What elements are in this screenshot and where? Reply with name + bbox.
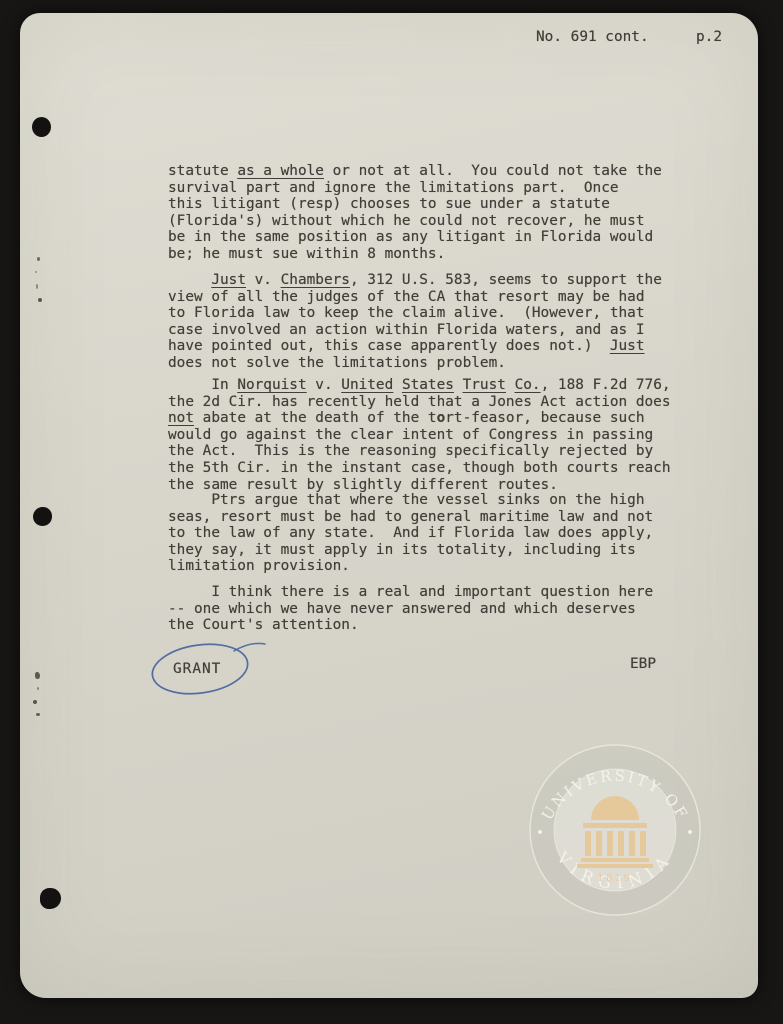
punch-hole-top (32, 117, 51, 137)
pencil-mark (33, 700, 37, 704)
pencil-mark (37, 257, 40, 261)
pencil-mark (36, 284, 38, 289)
university-of-virginia-watermark: UNIVERSITY OF VIRGINIA 1819 (525, 740, 705, 920)
clerk-initials: EBP (630, 656, 656, 673)
punch-hole-middle (33, 507, 52, 526)
grant-pen-circle-annotation (138, 631, 278, 711)
seal-year: 1819 (598, 874, 633, 884)
paragraph-5: I think there is a real and important qu… (168, 584, 653, 634)
pencil-mark (38, 298, 42, 302)
pencil-mark (36, 713, 40, 716)
document-page: No. 691 cont. p.2 statute as a whole or … (20, 13, 758, 998)
paragraph-2: Just v. Chambers, 312 U.S. 583, seems to… (168, 272, 662, 372)
pencil-mark (35, 672, 40, 679)
punch-hole-bottom (40, 888, 61, 909)
paragraph-1: statute as a whole or not at all. You co… (168, 163, 662, 263)
page-number: p.2 (696, 29, 722, 46)
doc-number: No. 691 cont. (536, 29, 649, 46)
paragraph-4: Ptrs argue that where the vessel sinks o… (168, 492, 653, 575)
paragraph-3: In Norquist v. United States Trust Co., … (168, 377, 671, 493)
pencil-mark (37, 687, 39, 690)
pencil-mark (35, 271, 37, 273)
